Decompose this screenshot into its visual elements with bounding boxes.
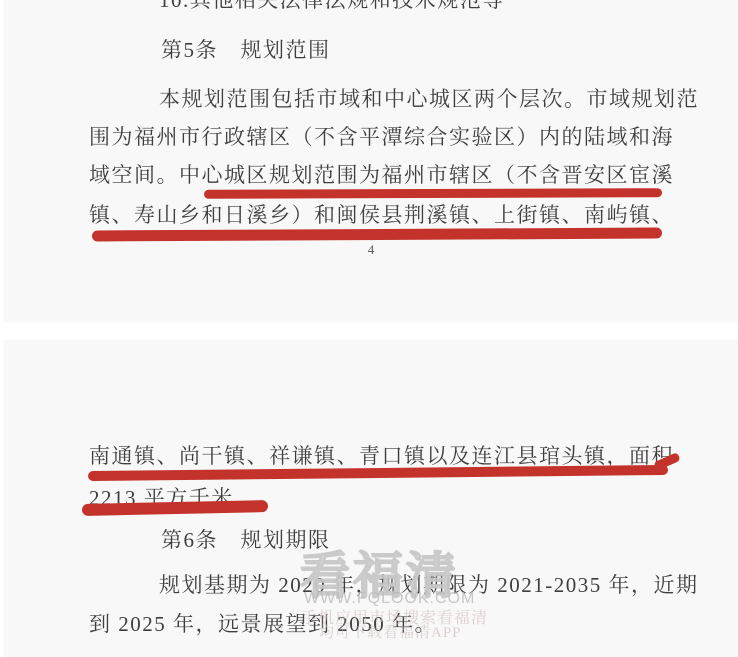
article-5-heading: 第5条 规划范围	[161, 38, 331, 62]
red-underline	[82, 500, 268, 516]
document-page-2: 南通镇、尚干镇、祥谦镇、青口镇以及连江县琯头镇，面积 2213 平方千米。 第6…	[4, 340, 738, 657]
body-line: 南通镇、尚干镇、祥谦镇、青口镇以及连江县琯头镇，面积	[89, 444, 674, 468]
red-underline	[204, 188, 662, 199]
body-line: 围为福州市行政辖区（不含平潭综合实验区）内的陆域和海	[89, 125, 674, 149]
clipped-top-line: 10.其他相关法律法规和技术规范等	[159, 0, 505, 12]
body-line: 本规划范围包括市域和中心城区两个层次。市域规划范	[159, 87, 699, 111]
red-underline	[92, 228, 662, 242]
watermark-tip-line: 均可下载看福清APP	[319, 621, 462, 642]
body-line: 域空间。中心城区规划范围为福州市辖区（不含晋安区宦溪	[89, 163, 674, 187]
body-line: 镇、寿山乡和日溪乡）和闽侯县荆溪镇、上街镇、南屿镇、	[89, 203, 674, 227]
document-page-1: 10.其他相关法律法规和技术规范等 第5条 规划范围 本规划范围包括市域和中心城…	[4, 0, 738, 322]
page-number: 4	[4, 242, 738, 258]
